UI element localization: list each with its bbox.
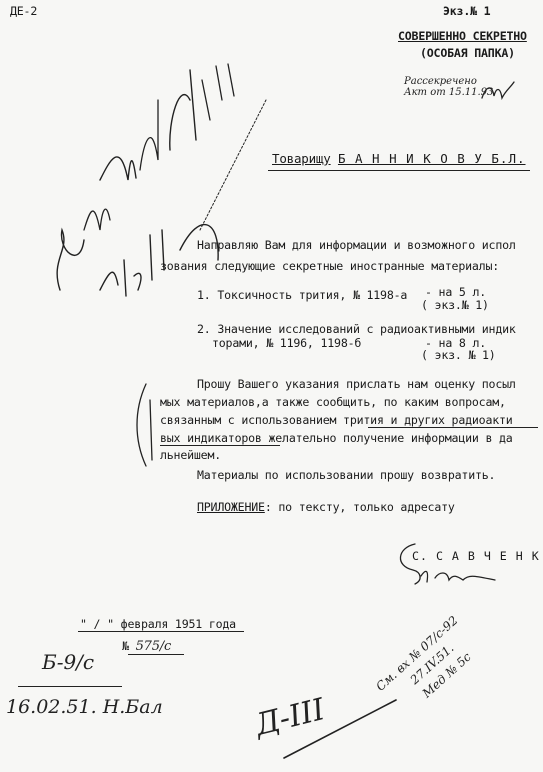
request-underline-1 [368,427,538,428]
declassification-signature-icon [478,78,518,106]
reg-note-underline [18,686,122,687]
request-underline-2 [160,445,280,446]
document-date: " / " февраля 1951 года [80,617,236,631]
intro-line-1: Направляю Вам для информации и возможног… [197,238,516,252]
addressee: Товарищу Б А Н Н И К О В У Б.Л. [272,151,526,166]
diagonal-stroke-icon [280,696,400,762]
item-1-copy: ( экз.№ 1) [421,298,489,312]
attachment-label: ПРИЛОЖЕНИЕ [197,500,265,514]
attachment-text: : по тексту, только адресату [265,500,455,514]
date-underline [78,631,244,632]
classification-stamp: СОВЕРШЕННО СЕКРЕТНО [398,29,527,43]
special-folder-stamp: (ОСОБАЯ ПАПКА) [420,46,515,60]
number-value: 575/с [136,639,171,654]
copy-number: Экз.№ 1 [443,4,490,18]
handwritten-date-note: 16.02.51. Н.Бал [6,696,163,718]
item-2-copy: ( экз. № 1) [421,348,496,362]
request-line-1: Прошу Вашего указания прислать нам оценк… [197,377,516,391]
addressee-name: Б А Н Н И К О В У Б.Л. [338,151,526,166]
request-line-3: связанным с использованием трития и друг… [160,413,513,427]
number-underline [128,654,184,655]
item-2-title: 2. Значение исследований с радиоактивным… [197,322,516,336]
signature-icon [395,540,543,592]
salutation: Товарищу [272,151,331,166]
number-prefix: № [122,639,129,653]
intro-line-2: зования следующие секретные иностранные … [160,259,499,273]
attachment: ПРИЛОЖЕНИЕ: по тексту, только адресату [197,500,455,514]
margin-bracket-icon [128,380,158,470]
item-2-title-cont: торами, № 1196, 1198-б [212,336,361,350]
request-line-2: мых материалов,а также сообщить, по каки… [160,395,506,409]
return-note: Материалы по использовании прошу возврат… [197,468,495,482]
request-line-5: льнейшем. [160,448,221,462]
addressee-underline [268,170,530,171]
document-code: ДЕ-2 [10,4,37,18]
request-line-4: вых индикаторов желательно получение инф… [160,431,513,445]
item-1-pages: - на 5 л. [425,285,486,299]
handwritten-reg-note: Б-9/с [42,650,94,674]
item-1-title: 1. Токсичность трития, № 1198-а [197,288,407,302]
document-page: ДЕ-2 Экз.№ 1 СОВЕРШЕННО СЕКРЕТНО (ОСОБАЯ… [0,0,543,772]
document-number: № 575/с [122,639,171,654]
